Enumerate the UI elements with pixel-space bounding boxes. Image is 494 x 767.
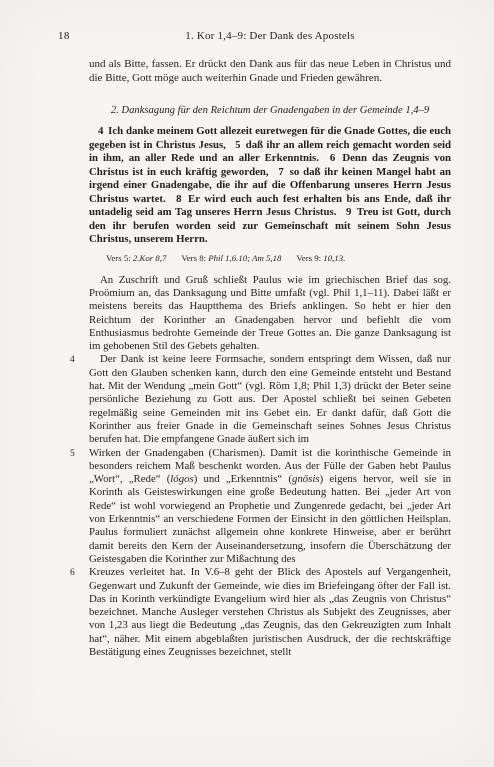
margin-verse-number: 4	[70, 354, 75, 367]
cross-reference-label: Vers 5:	[106, 253, 133, 263]
commentary-run: Der Dank ist keine leere Formsache, sond…	[89, 353, 451, 445]
cross-reference: Vers 9: 10,13.	[296, 253, 345, 263]
continuation-paragraph: und als Bitte, fassen. Er drückt den Dan…	[89, 58, 451, 85]
running-header: 18 1. Kor 1,4–9: Der Dank des Apostels	[0, 30, 494, 44]
book-page: 18 1. Kor 1,4–9: Der Dank des Apostels u…	[0, 0, 494, 767]
verse-number: 8	[170, 193, 183, 205]
cross-reference-target: 10,13.	[323, 253, 345, 263]
verse-number: 4	[98, 125, 105, 137]
cross-reference: Vers 8: Phil 1,6.10; Am 5,18	[181, 253, 281, 263]
greek-term: gnōsis	[292, 473, 320, 485]
commentary-run: ) und „Erkenntnis“ (	[194, 473, 292, 485]
cross-reference: Vers 5: 2.Kor 8,7	[106, 253, 166, 263]
verse-number: 5	[229, 139, 242, 151]
margin-verse-number: 6	[70, 567, 75, 580]
cross-reference-target: Phil 1,6.10; Am 5,18	[208, 253, 281, 263]
commentary-paragraph: 6Kreuzes verleitet hat. In V.6–8 geht de…	[89, 566, 451, 659]
page-number: 18	[58, 30, 70, 42]
cross-references: Vers 5: 2.Kor 8,7Vers 8: Phil 1,6.10; Am…	[89, 253, 451, 264]
commentary-run: Kreuzes verleitet hat. In V.6–8 geht der…	[89, 566, 451, 658]
cross-reference-label: Vers 9:	[296, 253, 323, 263]
verse-number: 7	[272, 166, 285, 178]
text-column: und als Bitte, fassen. Er drückt den Dan…	[89, 58, 451, 659]
verse-number: 9	[340, 206, 353, 218]
commentary-run: An Zuschrift und Gruß schließt Paulus wi…	[89, 274, 451, 352]
cross-reference-target: 2.Kor 8,7	[133, 253, 166, 263]
greek-term: lógos	[170, 473, 193, 485]
commentary-paragraph: An Zuschrift und Gruß schließt Paulus wi…	[89, 274, 451, 354]
cross-reference-label: Vers 8:	[181, 253, 208, 263]
commentary: An Zuschrift und Gruß schließt Paulus wi…	[89, 274, 451, 660]
commentary-paragraph: 4Der Dank ist keine leere Formsache, son…	[89, 353, 451, 446]
commentary-run: ) eigens hervor, weil sie in Korinth als…	[89, 473, 451, 565]
commentary-paragraph: 5Wirken der Gnadengaben (Charismen). Dam…	[89, 447, 451, 567]
section-heading: 2. Danksagung für den Reichtum der Gnade…	[89, 105, 451, 116]
verse-number: 6	[324, 152, 337, 164]
margin-verse-number: 5	[70, 448, 75, 461]
bible-text: 4 Ich danke meinem Gott allezeit euretwe…	[89, 125, 451, 247]
running-title: 1. Kor 1,4–9: Der Dank des Apostels	[89, 30, 451, 42]
